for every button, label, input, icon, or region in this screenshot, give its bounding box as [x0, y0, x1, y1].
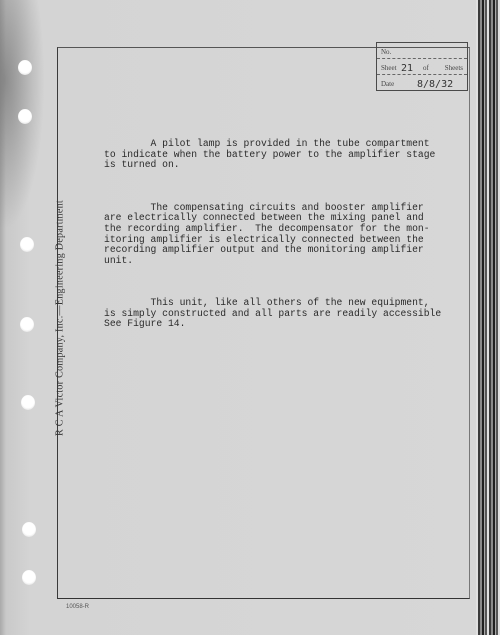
punch-hole [18, 60, 32, 75]
punch-hole [22, 522, 36, 537]
paragraph-compensating-circuits: The compensating circuits and booster am… [104, 203, 474, 267]
sheet-number: 21 [401, 63, 413, 74]
text-line: recording amplifier output and the monit… [104, 245, 474, 256]
sheets-label: Sheets [445, 64, 463, 72]
typed-body: A pilot lamp is provided in the tube com… [104, 118, 474, 362]
punch-hole [21, 395, 35, 410]
punch-hole [20, 317, 34, 332]
form-number: 10058-R [66, 604, 89, 610]
of-label: of [423, 64, 429, 72]
text-line: is turned on. [104, 160, 474, 171]
text-line: the recording amplifier. The decompensat… [104, 224, 474, 235]
text-line: unit. [104, 256, 474, 267]
date-row: Date 8/8/32 [377, 75, 467, 90]
sheet-row: Sheet 21 of Sheets [377, 59, 467, 75]
sheet-info-box: No. Sheet 21 of Sheets Date 8/8/32 [376, 42, 468, 91]
paragraph-pilot-lamp: A pilot lamp is provided in the tube com… [104, 139, 474, 171]
number-row: No. [377, 43, 467, 59]
binder-edge [476, 0, 500, 635]
date-label: Date [381, 80, 394, 88]
sheet-label: Sheet [381, 64, 397, 72]
date-value: 8/8/32 [417, 79, 453, 90]
company-department-label: R C A Victor Company, Inc.—Engineering D… [55, 200, 66, 436]
document-page: No. Sheet 21 of Sheets Date 8/8/32 R C A… [0, 0, 476, 635]
text-line: See Figure 14. [104, 319, 474, 330]
punch-hole [18, 109, 32, 124]
punch-hole [20, 237, 34, 252]
paragraph-unit-construction: This unit, like all others of the new eq… [104, 298, 474, 330]
punch-hole [22, 570, 36, 585]
number-label: No. [381, 48, 391, 56]
